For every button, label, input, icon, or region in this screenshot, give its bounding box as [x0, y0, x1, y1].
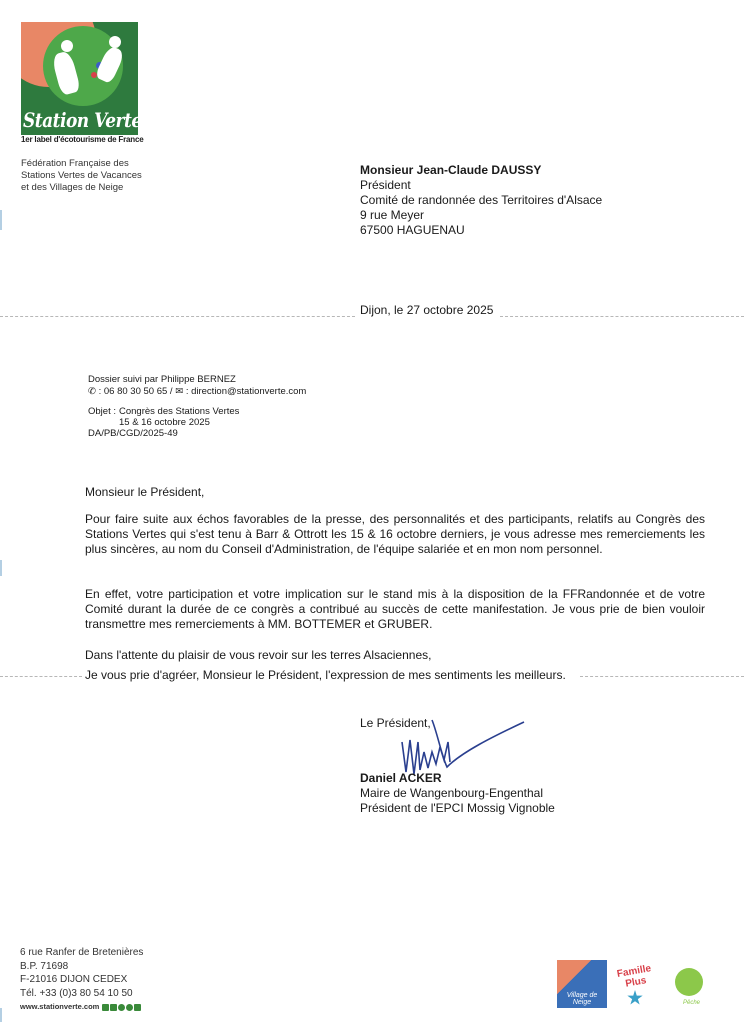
footer-line: 6 rue Ranfer de Bretenières: [20, 946, 143, 960]
footer-line: B.P. 71698: [20, 960, 143, 974]
twitter-icon[interactable]: [110, 1004, 117, 1011]
salutation: Monsieur le Président,: [85, 485, 204, 499]
logo-figure-head: [109, 36, 121, 48]
logo-brand-text: Station Verte: [23, 110, 136, 133]
partner-logo-label: Pêche: [683, 1000, 700, 1006]
peche-logo: Pêche: [665, 960, 715, 1008]
fold-line: [580, 676, 744, 677]
recipient-line: Président: [360, 178, 602, 193]
federation-line: Stations Vertes de Vacances: [21, 170, 146, 182]
footer-line: F-21016 DIJON CEDEX: [20, 973, 143, 987]
station-verte-logo: Station Verte: [21, 22, 138, 135]
partner-logo-label: Village de Neige: [557, 992, 607, 1006]
closing-formula: Je vous prie d'agréer, Monsieur le Prési…: [85, 668, 566, 682]
instagram-icon[interactable]: [118, 1004, 125, 1011]
body-paragraph: Pour faire suite aux échos favorables de…: [85, 512, 705, 558]
logo-tagline: 1er label d'écotourisme de France: [21, 135, 140, 144]
phone-icon: ✆: [88, 386, 96, 397]
signer-role: Président de l'EPCI Mossig Vignoble: [360, 801, 555, 816]
federation-line: Fédération Française des: [21, 158, 146, 170]
objet-block: Objet :Congrès des Stations Vertes 15 & …: [88, 406, 239, 439]
dossier-followed-by: Dossier suivi par Philippe BERNEZ: [88, 374, 306, 386]
famille-plus-logo: Famille Plus: [610, 960, 660, 1008]
youtube-icon[interactable]: [134, 1004, 141, 1011]
signer-role: Maire de Wangenbourg-Engenthal: [360, 786, 555, 801]
scan-edge-mark: [0, 560, 2, 576]
recipient-line: 9 rue Meyer: [360, 208, 602, 223]
recipient-line: 67500 HAGUENAU: [360, 223, 602, 238]
objet-label: Objet :: [88, 406, 119, 417]
dossier-phone: : 06 80 30 50 65 /: [99, 386, 176, 397]
dossier-email: : direction@stationverte.com: [186, 386, 307, 397]
star-icon: [627, 990, 643, 1006]
federation-line: et des Villages de Neige: [21, 182, 146, 194]
dossier-contact: ✆ : 06 80 30 50 65 / ✉ : direction@stati…: [88, 386, 306, 398]
recipient-name: Monsieur Jean-Claude DAUSSY: [360, 163, 602, 178]
scan-edge-mark: [0, 1008, 2, 1022]
signer-name: Daniel ACKER: [360, 771, 555, 786]
objet-reference: DA/PB/CGD/2025-49: [88, 428, 239, 439]
letter-date: Dijon, le 27 octobre 2025: [360, 303, 493, 317]
objet-line: Congrès des Stations Vertes: [119, 406, 239, 417]
footer-line: Tél. +33 (0)3 80 54 10 50: [20, 987, 143, 1001]
email-icon: ✉: [175, 386, 183, 397]
scan-edge-mark: [0, 210, 2, 230]
fold-line: [500, 316, 744, 317]
partner-logo-label: Famille Plus: [608, 962, 661, 992]
objet-line: 15 & 16 octobre 2025: [88, 417, 239, 428]
dossier-info: Dossier suivi par Philippe BERNEZ ✆ : 06…: [88, 374, 306, 397]
facebook-icon[interactable]: [102, 1004, 109, 1011]
footer-address: 6 rue Ranfer de Bretenières B.P. 71698 F…: [20, 946, 143, 1014]
fold-line: [0, 676, 82, 677]
recipient-address: Monsieur Jean-Claude DAUSSY Président Co…: [360, 163, 602, 238]
body-paragraph: En effet, votre participation et votre i…: [85, 587, 705, 633]
footer-website[interactable]: www.stationverte.com: [20, 1002, 99, 1011]
logo-figure-head: [61, 40, 73, 52]
signer-title: Le Président,: [360, 716, 555, 731]
signer-block: Le Président, Daniel ACKER Maire de Wang…: [360, 716, 555, 816]
body-paragraph: Dans l'attente du plaisir de vous revoir…: [85, 648, 705, 663]
fold-line: [0, 316, 355, 317]
federation-name: Fédération Française des Stations Vertes…: [21, 158, 146, 194]
village-de-neige-logo: Village de Neige: [557, 960, 607, 1008]
recipient-line: Comité de randonnée des Territoires d'Al…: [360, 193, 602, 208]
flickr-icon[interactable]: [126, 1004, 133, 1011]
